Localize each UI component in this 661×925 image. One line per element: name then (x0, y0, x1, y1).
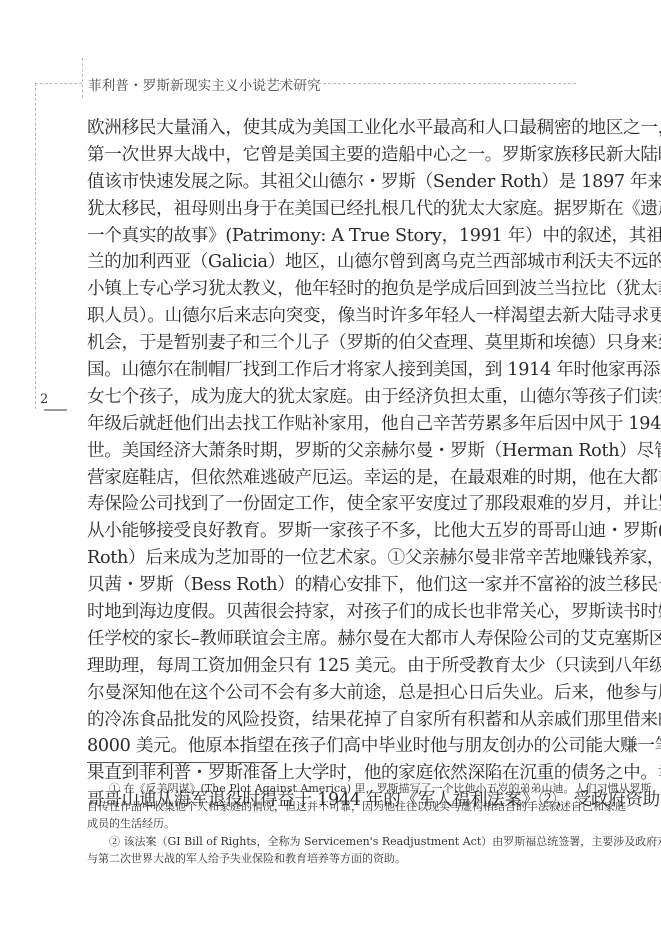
body-line: 从小能够接受良好教育。罗斯一家孩子不多，比他大五岁的哥哥山迪・罗斯(Sandy (87, 518, 578, 545)
page-number-underline (44, 409, 67, 411)
body-line: 值该市快速发展之际。其祖父山德尔・罗斯（Sender Roth）是 1897 年… (87, 169, 578, 196)
body-line: 机会，于是暂别妻子和三个儿子（罗斯的伯父查理、莫里斯和埃德）只身来到美 (87, 330, 578, 357)
header-right-rule (253, 83, 576, 84)
body-line: 小镇上专心学习犹太教义，他年轻时的抱负是学成后回到波兰当拉比（犹太教神 (87, 276, 578, 303)
body-line: 女七个孩子，成为庞大的犹太家庭。由于经济负担太重，山德尔等孩子们读完八 (87, 384, 578, 411)
body-line: 的冷冻食品批发的风险投资，结果花掉了自家所有积蓄和从亲戚们那里借来的 (87, 707, 578, 734)
body-line: 一个真实的故事》(Patrimony: A True Story，1991 年）… (87, 223, 578, 250)
body-text: 欧洲移民大量涌入，使其成为美国工业化水平最高和人口最稠密的地区之一，在 第一次世… (87, 115, 578, 814)
body-line: 理助理，每周工资加佣金只有 125 美元。由于所受教育太少（只读到八年级），赫 (87, 653, 578, 680)
header-vertical-rule (82, 58, 83, 98)
body-line: 国。山德尔在制帽厂找到工作后才将家人接到美国，到 1914 年时他家再添六男一 (87, 357, 578, 384)
body-line: 营家庭鞋店，但依然难逃破产厄运。幸运的是，在最艰难的时期，他在大都市人 (87, 465, 578, 492)
body-line: 时地到海边度假。贝茜很会持家，对孩子们的成长也非常关心，罗斯读书时她曾 (87, 599, 578, 626)
footnote-1-line: 成员的生活经历。 (87, 815, 578, 833)
margin-vertical-rule (35, 83, 36, 409)
body-line: 年级后就赶他们出去找工作贴补家用，他自己辛苦劳累多年后因中风于 1942 年去 (87, 411, 578, 438)
body-line: 第一次世界大战中，它曾是美国主要的造船中心之一。罗斯家族移民新大陆时正 (87, 142, 578, 169)
body-line: 任学校的家长–教师联谊会主席。赫尔曼在大都市人寿保险公司的艾克塞斯区当经 (87, 626, 578, 653)
body-line: 职人员）。山德尔后来志向突变，像当时许多年轻人一样渴望去新大陆寻求更好的 (87, 303, 578, 330)
body-line: 欧洲移民大量涌入，使其成为美国工业化水平最高和人口最稠密的地区之一，在 (87, 115, 578, 142)
footnote-2-line: ② 该法案（GI Bill of Rights，全称为 Servicemen's… (87, 833, 578, 851)
footnote-2-line: 与第二次世界大战的军人给予失业保险和教育培养等方面的资助。 (87, 850, 578, 868)
body-line: 尔曼深知他在这个公司不会有多大前途，总是担心日后失业。后来，他参与朋友 (87, 680, 578, 707)
body-line: 8000 美元。他原本指望在孩子们高中毕业时他与朋友创办的公司能大赚一笔，结 (87, 733, 578, 760)
body-line: 犹太移民，祖母则出身于在美国已经扎根几代的犹太大家庭。据罗斯在《遗产： (87, 196, 578, 223)
body-line: 世。美国经济大萧条时期，罗斯的父亲赫尔曼・罗斯（Herman Roth）尽管苦心… (87, 438, 578, 465)
footnotes: ① 在《反美阴谋》(The Plot Against America) 里，罗斯… (87, 780, 578, 868)
footnote-separator (87, 762, 278, 763)
running-head-title: 菲利普・罗斯新现实主义小说艺术研究 (88, 74, 321, 94)
footnote-1-line: 自传性作品中收集他个人和家庭的情况，但这并不可靠，因为他往往以现实与虚构相结合的… (87, 798, 578, 816)
body-line: 贝茜・罗斯（Bess Roth）的精心安排下，他们这一家并不富裕的波兰移民也能不 (87, 572, 578, 599)
body-line: Roth）后来成为芝加哥的一位艺术家。①父亲赫尔曼非常辛苦地赚钱养家，在母亲 (87, 545, 578, 572)
body-line: 兰的加利西亚（Galicia）地区，山德尔曾到离乌克兰西部城市利沃夫不远的一个 (87, 249, 578, 276)
page-number: 2 (40, 392, 48, 407)
header-left-rule (35, 83, 82, 84)
footnote-1-line: ① 在《反美阴谋》(The Plot Against America) 里，罗斯… (87, 780, 578, 798)
body-line: 寿保险公司找到了一份固定工作，使全家平安度过了那段艰难的岁月，并让罗斯 (87, 491, 578, 518)
